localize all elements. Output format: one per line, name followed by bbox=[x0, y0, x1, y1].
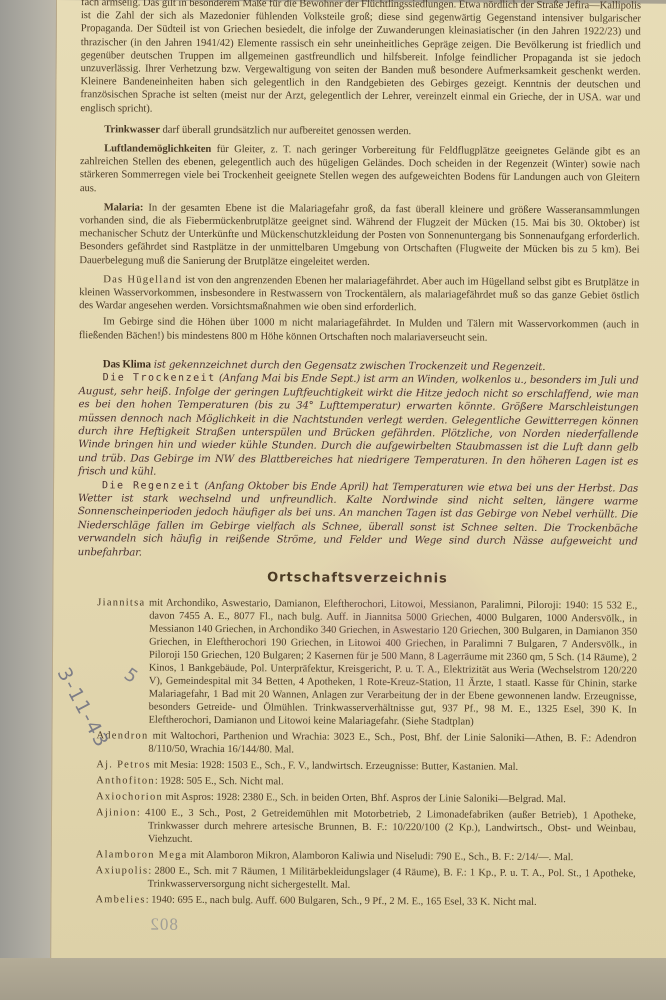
directory-entry: Aj. Petros mit Mesia: 1928: 1503 E., Sch… bbox=[96, 758, 636, 774]
huegelland-heading: Das Hügelland bbox=[103, 274, 182, 285]
entry-text: : 1940: 695 E., nach bulg. Auff. 600 Bul… bbox=[146, 895, 537, 908]
page-content: fach ärmselig. Das gilt in besonderem Ma… bbox=[75, 0, 641, 913]
regenzeit-text: (Anfang Oktober bis Ende April) hat Temp… bbox=[78, 480, 638, 558]
section-title-ortschaftsverzeichnis: Ortschaftsverzeichnis bbox=[77, 569, 637, 587]
malaria-paragraph: Malaria: In der gesamten Ebene ist die M… bbox=[79, 201, 639, 270]
klima-text: ist gekennzeichnet durch den Gegensatz z… bbox=[151, 359, 546, 372]
entry-text: mit Archondiko, Aswestario, Damianon, El… bbox=[145, 598, 637, 728]
entry-text: : 1928: 505 E., Sch. Nicht mal. bbox=[155, 776, 284, 788]
huegelland-paragraph: Das Hügelland ist von den angrenzenden E… bbox=[79, 273, 639, 316]
trockenzeit-text: (Anfang Mai bis Ende Sept.) ist arm an W… bbox=[78, 373, 639, 477]
background-left bbox=[0, 0, 56, 1000]
regenzeit-heading: Die Regenzeit bbox=[102, 480, 201, 492]
entry-name: Aj. Petros bbox=[96, 759, 151, 770]
directory-entry: Anthofiton: 1928: 505 E., Sch. Nicht mal… bbox=[96, 774, 636, 790]
place-directory: Jiannitsa mit Archondiko, Aswestario, Da… bbox=[75, 596, 637, 909]
directory-entry: Axiupolis: 2800 E., Sch. mit 7 Räumen, 1… bbox=[96, 864, 636, 893]
malaria-text: In der gesamten Ebene ist die Malariagef… bbox=[79, 202, 639, 267]
regenzeit-paragraph: Die Regenzeit (Anfang Oktober bis Ende A… bbox=[78, 479, 638, 563]
luftlande-heading: Luftlandemöglichkeiten bbox=[104, 143, 211, 155]
entry-text: mit Aspros: 1928: 2380 E., Sch. in beide… bbox=[163, 792, 566, 805]
trockenzeit-heading: Die Trockenzeit bbox=[103, 373, 216, 385]
entry-text: : 4100 E., 3 Sch., Post, 2 Getreidemühle… bbox=[137, 807, 636, 844]
directory-entry: Ajinion: 4100 E., 3 Sch., Post, 2 Getrei… bbox=[96, 806, 636, 848]
entry-text: : 2800 E., Sch. mit 7 Räumen, 1 Militärb… bbox=[148, 866, 636, 891]
intro-paragraph: fach ärmselig. Das gilt in besonderem Ma… bbox=[80, 0, 641, 118]
directory-entry: Axiochorion mit Aspros: 1928: 2380 E., S… bbox=[96, 790, 636, 806]
document-page: fach ärmselig. Das gilt in besonderem Ma… bbox=[50, 0, 666, 968]
gebirge-paragraph: Im Gebirge sind die Höhen über 1000 m ni… bbox=[79, 316, 639, 346]
entry-text: mit Waltochori, Parthenion und Wrachia: … bbox=[148, 731, 636, 756]
directory-entry: Ambelies: 1940: 695 E., nach bulg. Auff.… bbox=[95, 893, 635, 909]
klima-heading: Das Klima bbox=[103, 358, 151, 370]
page-number-mirrored: 802 bbox=[149, 915, 178, 935]
background-bottom bbox=[0, 958, 666, 1000]
entry-text: mit Alamboron Mikron, Alamboron Kaliwia … bbox=[188, 850, 574, 863]
luftlande-paragraph: Luftlandemöglichkeiten für Gleiter, z. T… bbox=[80, 142, 640, 198]
directory-entry: Adendron mit Waltochori, Parthenion und … bbox=[96, 729, 636, 758]
entry-name: Alamboron Mega bbox=[96, 849, 188, 861]
directory-entry: Alamboron Mega mit Alamboron Mikron, Ala… bbox=[96, 848, 636, 864]
entry-text: mit Mesia: 1928: 1503 E., Sch., F. V., l… bbox=[151, 760, 518, 773]
entry-name: Anthofiton bbox=[96, 775, 155, 786]
entry-name: Ambelies bbox=[95, 894, 145, 905]
trinkwasser-paragraph: Trinkwasser darf überall grundsätzlich n… bbox=[80, 123, 640, 140]
entry-name: Jiannitsa bbox=[97, 597, 145, 608]
entry-name: Axiochorion bbox=[96, 791, 163, 802]
trinkwasser-text: darf überall grundsätzlich nur aufbereit… bbox=[160, 124, 411, 137]
entry-name: Axiupolis bbox=[96, 865, 149, 876]
trockenzeit-paragraph: Die Trockenzeit (Anfang Mai bis Ende Sep… bbox=[78, 371, 639, 482]
directory-entry: Jiannitsa mit Archondiko, Aswestario, Da… bbox=[97, 596, 638, 729]
trinkwasser-heading: Trinkwasser bbox=[104, 124, 160, 135]
malaria-heading: Malaria: bbox=[104, 202, 144, 213]
entry-name: Ajinion bbox=[96, 807, 137, 818]
